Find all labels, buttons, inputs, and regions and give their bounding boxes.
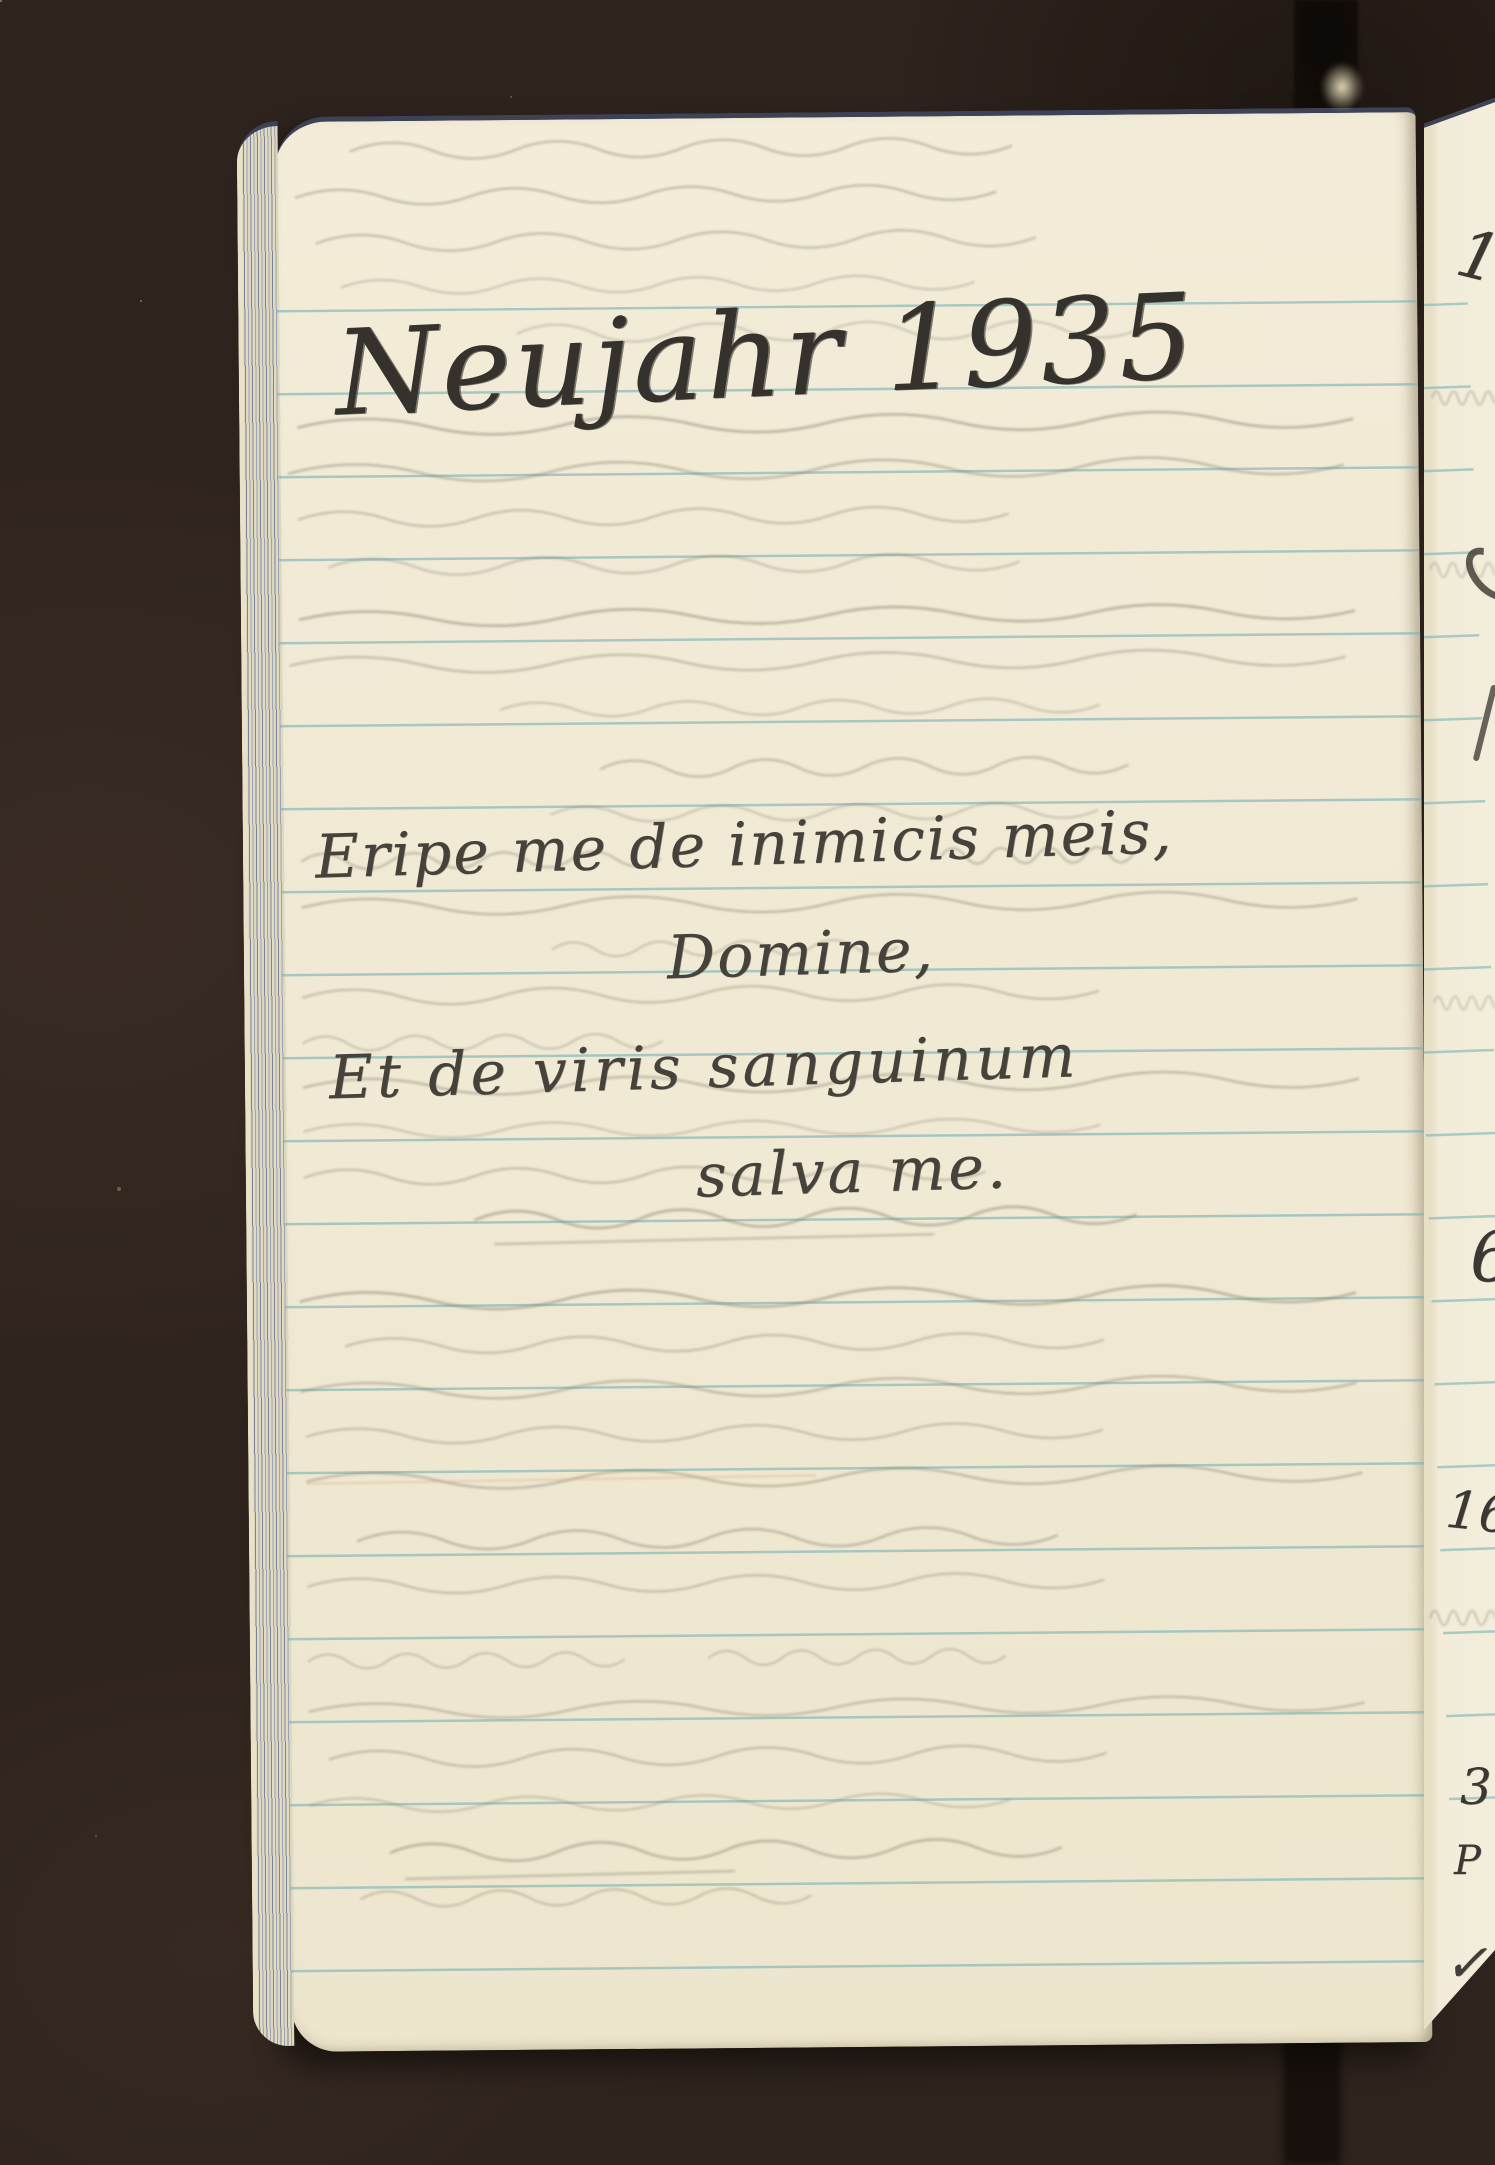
next-page-strip: 1 6 16 3 P ✓	[1424, 98, 1495, 2030]
margin-mark: 16	[1443, 1480, 1495, 1547]
checkmark: ✓	[1444, 1934, 1488, 1994]
lint-flecks	[0, 0, 2, 2]
margin-mark: 6	[1470, 1216, 1495, 1298]
notebook-page: Neujahr 1935 Eripe me de inimicis meis, …	[275, 107, 1433, 2052]
margin-mark: P	[1454, 1838, 1481, 1884]
margin-mark: 3	[1460, 1758, 1492, 1816]
desk-background: Neujahr 1935 Eripe me de inimicis meis, …	[0, 0, 1495, 2165]
verse-line-2: Domine,	[666, 916, 936, 994]
verse-line-4: salva me.	[695, 1132, 1010, 1211]
paper-fuzz	[1312, 52, 1372, 122]
next-page-bleedthrough	[1424, 98, 1495, 2030]
page-gap-shadow	[1283, 2028, 1341, 2165]
